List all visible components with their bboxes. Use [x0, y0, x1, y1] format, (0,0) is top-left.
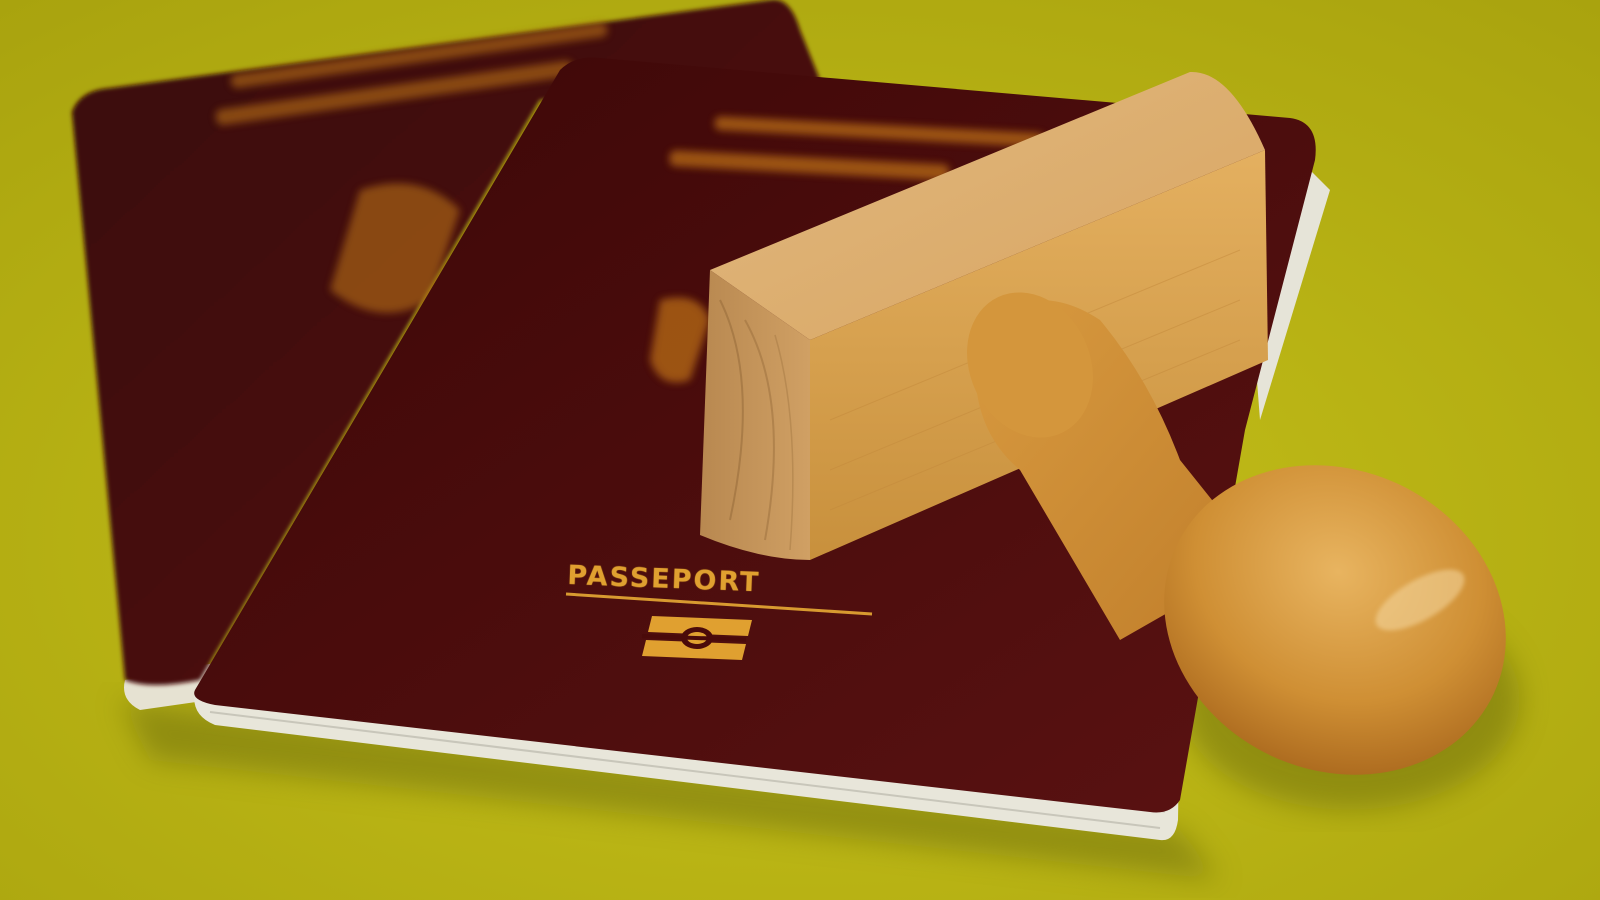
photo-scene: PASSEPORT: [0, 0, 1600, 900]
scene-illustration: [0, 0, 1600, 900]
biometric-chip-icon: [642, 616, 752, 660]
